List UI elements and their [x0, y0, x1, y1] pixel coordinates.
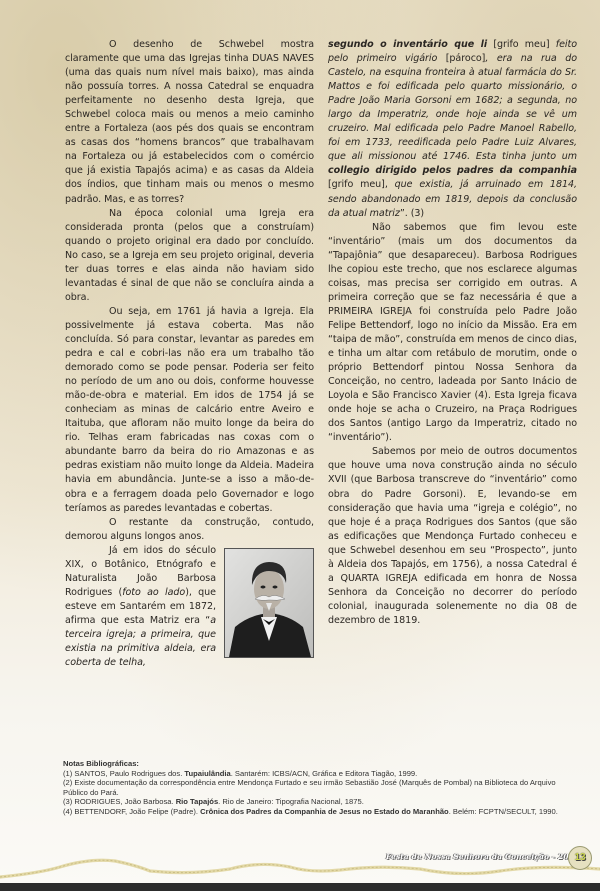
- paragraph: Na época colonial uma Igreja era conside…: [65, 207, 314, 305]
- note-text: . Rio de Janeiro: Tipografia Nacional, 1…: [218, 797, 364, 806]
- note-item: (1) SANTOS, Paulo Rodrigues dos. Tupaiul…: [63, 769, 563, 779]
- text-run: [grifo meu],: [328, 179, 395, 190]
- note-item: (2) Existe documentação da correspondênc…: [63, 778, 563, 797]
- text-run: [pároco]: [437, 53, 485, 64]
- paragraph: Sabemos por meio de outros documentos qu…: [328, 445, 577, 628]
- text-run: ”. (3): [400, 208, 424, 219]
- note-text: (4) BETTENDORF, João Felipe (Padre).: [63, 807, 200, 816]
- note-title: Rio Tapajós: [176, 797, 218, 806]
- quote-italic: , era na rua do Castelo, na esquina fron…: [328, 53, 577, 162]
- emphasis-text: collegio dirigido pelos padres da compan…: [328, 165, 577, 176]
- paragraph: segundo o inventário que li [grifo meu] …: [328, 38, 577, 221]
- portrait-photo: [224, 548, 314, 658]
- emphasis-text: segundo o inventário que li: [328, 39, 487, 50]
- notes-title: Notas Bibliográficas:: [63, 759, 563, 769]
- left-column: O desenho de Schwebel mostra claramente …: [65, 38, 314, 670]
- bibliographic-notes: Notas Bibliográficas: (1) SANTOS, Paulo …: [63, 759, 563, 817]
- note-text: . Belém: FCPTN/SECULT, 1990.: [449, 807, 558, 816]
- paragraph: O restante da construção, contudo, demor…: [65, 516, 314, 544]
- paragraph: Ou seja, em 1761 já havia a Igreja. Ela …: [65, 305, 314, 516]
- note-item: (4) BETTENDORF, João Felipe (Padre). Crô…: [63, 807, 563, 817]
- note-title: Crônica dos Padres da Companhia de Jesus…: [200, 807, 449, 816]
- note-text: (1) SANTOS, Paulo Rodrigues dos.: [63, 769, 184, 778]
- scan-edge: [0, 883, 600, 891]
- paragraph: Não sabemos que fim levou este “inventár…: [328, 221, 577, 446]
- note-text: (3) RODRIGUES, João Barbosa.: [63, 797, 176, 806]
- note-text: . Santarém: ICBS/ACN, Gráfica e Editora …: [231, 769, 418, 778]
- page-number-badge: 13: [568, 846, 592, 870]
- note-text: (2) Existe documentação da correspondênc…: [63, 778, 556, 797]
- footer-title: Festa de Nossa Senhora da Conceição - 20…: [386, 852, 579, 861]
- note-title: Tupaiulândia: [184, 769, 230, 778]
- note-item: (3) RODRIGUES, João Barbosa. Rio Tapajós…: [63, 797, 563, 807]
- paragraph: O desenho de Schwebel mostra claramente …: [65, 38, 314, 207]
- text-run-italic: foto ao lado: [122, 587, 185, 598]
- text-run: [grifo meu]: [487, 39, 556, 50]
- portrait-image: [225, 549, 313, 657]
- right-column: segundo o inventário que li [grifo meu] …: [328, 38, 577, 628]
